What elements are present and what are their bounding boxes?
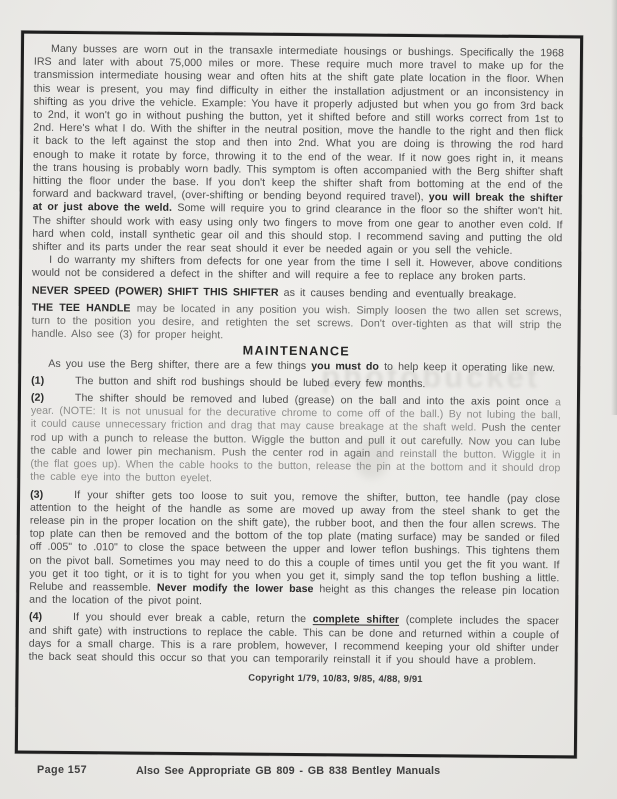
paragraph: I do warranty my shifters from defects f… [32,254,562,285]
numbered-item: (1)The button and shift rod bushings sho… [31,375,561,393]
document-content: Many busses are worn out in the transaxl… [18,34,580,756]
paragraph: NEVER SPEED (POWER) SHIFT THIS SHIFTER a… [32,284,562,302]
paragraph: Many busses are worn out in the transaxl… [32,43,564,259]
numbered-item: (3)If your shifter gets too loose to sui… [29,488,560,611]
numbered-item: (4)If you should ever break a cable, ret… [29,611,559,668]
footer-note: Also See Appropriate GB 809 - GB 838 Ben… [136,765,440,777]
copyright-line: Copyright 1/79, 10/83, 9/85, 4/88, 9/91 [70,669,600,687]
paragraph: THE TEE HANDLE may be located in any pos… [31,302,561,346]
scanned-page: photobucket Many busses are worn out in … [0,0,617,799]
item-number: (1) [31,375,75,389]
page-number: Page 157 [37,764,87,776]
document-frame: photobucket Many busses are worn out in … [15,31,583,759]
item-number: (2) [31,392,75,406]
item-number: (4) [29,611,73,625]
numbered-item: (2)The shifter should be removed and lub… [30,392,561,489]
item-number: (3) [30,488,74,502]
